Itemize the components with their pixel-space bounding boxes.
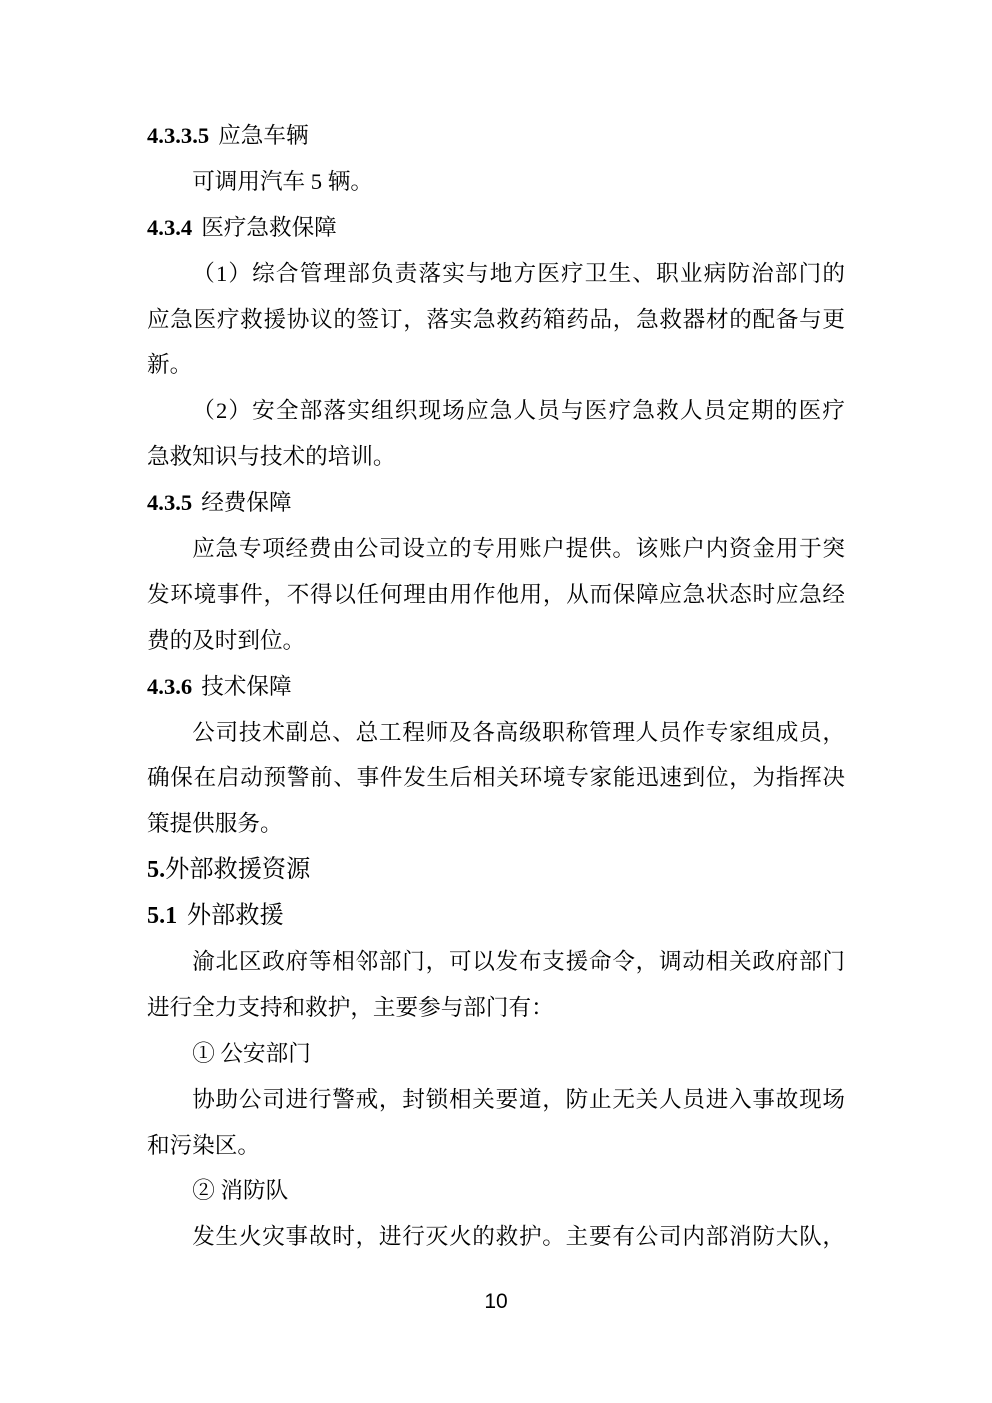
heading-title: 外部救援 [187, 902, 284, 929]
text-line: 应急专项经费由公司设立的专用账户提供。该账户内资金用于突 [147, 526, 845, 572]
heading-title: 医疗急救保障 [201, 215, 337, 240]
text-line: 进行全力支持和救护，主要参与部门有： [147, 985, 845, 1031]
text-line: 策提供服务。 [147, 801, 845, 847]
text-line: 和污染区。 [147, 1123, 845, 1169]
text-line: 费的及时到位。 [147, 618, 845, 664]
list-item-fire-brigade: ② 消防队 [147, 1168, 845, 1214]
text-line: 发生火灾事故时，进行灭火的救护。主要有公司内部消防大队， [147, 1214, 845, 1260]
document-page: 4.3.3.5应急车辆 可调用汽车 5 辆。 4.3.4医疗急救保障 （1）综合… [0, 0, 992, 1403]
heading-number: 4.3.4 [147, 215, 192, 240]
page-number: 10 [0, 1290, 992, 1314]
heading-number: 4.3.5 [147, 490, 192, 515]
text-line: 发环境事件，不得以任何理由用作他用，从而保障应急状态时应急经 [147, 572, 845, 618]
page-body: 4.3.3.5应急车辆 可调用汽车 5 辆。 4.3.4医疗急救保障 （1）综合… [147, 113, 845, 1260]
heading-title: 外部救援资源 [165, 856, 310, 883]
heading-number: 4.3.6 [147, 674, 192, 699]
heading-technical-guarantee: 4.3.6技术保障 [147, 664, 845, 710]
heading-medical-rescue: 4.3.4医疗急救保障 [147, 205, 845, 251]
text-line: 协助公司进行警戒，封锁相关要道，防止无关人员进入事故现场 [147, 1077, 845, 1123]
heading-title: 经费保障 [201, 490, 291, 515]
text-line: （1）综合管理部负责落实与地方医疗卫生、职业病防治部门的 [147, 251, 845, 297]
list-item-police: ① 公安部门 [147, 1031, 845, 1077]
heading-title: 技术保障 [201, 674, 291, 699]
heading-external-resources: 5.外部救援资源 [147, 847, 845, 893]
heading-number: 5. [147, 856, 165, 883]
text-line: 可调用汽车 5 辆。 [147, 159, 845, 205]
heading-title: 应急车辆 [218, 123, 308, 148]
heading-external-rescue: 5.1外部救援 [147, 893, 845, 939]
text-line: 确保在启动预警前、事件发生后相关环境专家能迅速到位，为指挥决 [147, 755, 845, 801]
heading-emergency-vehicles: 4.3.3.5应急车辆 [147, 113, 845, 159]
heading-number: 5.1 [147, 902, 177, 929]
heading-funding-guarantee: 4.3.5经费保障 [147, 480, 845, 526]
text-line: 公司技术副总、总工程师及各高级职称管理人员作专家组成员， [147, 710, 845, 756]
text-line: 急救知识与技术的培训。 [147, 434, 845, 480]
text-line: （2）安全部落实组织现场应急人员与医疗急救人员定期的医疗 [147, 388, 845, 434]
text-line: 应急医疗救援协议的签订，落实急救药箱药品，急救器材的配备与更 [147, 297, 845, 343]
text-line: 渝北区政府等相邻部门，可以发布支援命令，调动相关政府部门 [147, 939, 845, 985]
text-line: 新。 [147, 342, 845, 388]
heading-number: 4.3.3.5 [147, 123, 209, 148]
